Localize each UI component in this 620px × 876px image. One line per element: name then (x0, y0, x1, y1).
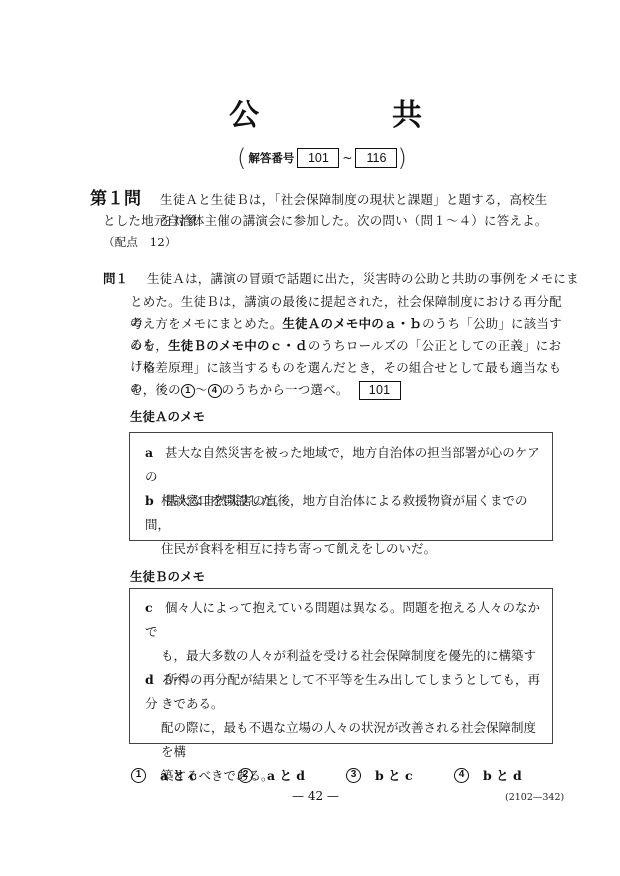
circled-number-4-icon: 4 (454, 768, 469, 783)
open-paren: ( (237, 144, 246, 172)
choice-text: b と d (483, 766, 522, 784)
sub-question-line-6: を，後の1～4のうちから一つ選べ。101 (130, 379, 570, 400)
memo-item-continuation: 住民が食料を相互に持ち寄って飢えをしのいだ。 (145, 537, 542, 561)
answer-range-end-box: 116 (355, 148, 397, 168)
sub-question-line-3-bold: 生徒Ａのメモ中のａ・ｂ (282, 316, 422, 331)
sub-question-line-3-head: 考え方をメモにまとめた。 (130, 316, 282, 331)
circled-number-3-icon: 3 (346, 768, 361, 783)
choice-1[interactable]: 1 a と c (131, 766, 197, 784)
choice-2[interactable]: 2 a と d (238, 766, 305, 784)
answer-choices: 1 a と c 2 a と d 3 b と c 4 b と d (131, 766, 551, 786)
question-number: 第１問 (90, 188, 141, 210)
memo-item-b: b甚大な自然災害の直後，地方自治体による救援物資が届くまでの間， 住民が食料を相… (145, 489, 542, 561)
choice-3[interactable]: 3 b と c (346, 766, 413, 784)
circled-number-1-icon: 1 (131, 768, 146, 783)
memo-b-title: 生徒Ｂのメモ (130, 567, 205, 585)
page-title-right-char: 共 (392, 98, 422, 134)
answer-box-101: 101 (359, 381, 401, 400)
choice-text: a と d (267, 766, 305, 784)
memo-item-first-line: 個々人によって抱えている問題は異なる。問題を抱える人々のなかで (145, 600, 540, 639)
page-code: (2102—342) (505, 792, 564, 803)
sub-question-label: 問１ (103, 268, 128, 289)
memo-item-label: c (145, 596, 165, 620)
memo-b-box: c個々人によって抱えている問題は異なる。問題を抱える人々のなかで も，最大多数の… (129, 588, 553, 744)
memo-item-first-line: 甚大な自然災害の直後，地方自治体による救援物資が届くまでの間， (145, 493, 528, 532)
memo-item-label: b (145, 489, 165, 513)
sub-question-line-4-bold: 生徒Ｂのメモ中のｃ・ｄ (168, 338, 308, 353)
sub-question-line-4-head: のを， (130, 338, 168, 353)
sub-question-line-6-head: を，後の (130, 382, 181, 397)
sub-question-line-6-tail: のうちから一つ選べ。 (222, 382, 349, 397)
sub-question-line-1: 生徒Ａは，講演の冒頭で話題に出た，災害時の公助と共助の事例をメモにま (147, 268, 579, 289)
memo-item-label: a (145, 441, 165, 465)
choice-4[interactable]: 4 b と d (454, 766, 522, 784)
memo-item-first-line: 所得の再分配が結果として不平等を生み出してしまうとしても，再分 (145, 672, 540, 711)
answer-range-start-box: 101 (297, 148, 339, 168)
memo-a-box: a甚大な自然災害を被った地域で，地方自治体の担当部署が心のケアの 相談窓口を開設… (129, 432, 553, 541)
answer-range-label: 解答番号 (248, 150, 294, 166)
circled-number-4-icon: 4 (208, 384, 222, 398)
answer-range-separator: ~ (342, 151, 352, 165)
memo-item-label: d (145, 668, 165, 692)
page-title-left-char: 公 (229, 98, 259, 134)
choice-text: b と c (375, 766, 413, 784)
circled-number-1-icon: 1 (181, 384, 195, 398)
answer-range: ( 解答番号 101 ~ 116 ) (237, 144, 407, 172)
question-intro-line-2: とした地元自治体主催の講演会に参加した。次の問い（問１～４）に答えよ。 (103, 210, 563, 231)
close-paren: ) (397, 144, 406, 172)
choice-text: a と c (160, 766, 197, 784)
memo-item-first-line: 甚大な自然災害を被った地域で，地方自治体の担当部署が心のケアの (145, 445, 540, 484)
sub-question-line-6-mid: ～ (195, 382, 208, 397)
circled-number-2-icon: 2 (238, 768, 253, 783)
memo-a-title: 生徒Ａのメモ (130, 407, 205, 425)
question-points: （配点 12） (103, 232, 177, 253)
page-number: — 42 — (292, 789, 339, 803)
memo-item-continuation: 配の際に，最も不遇な立場の人々の状況が改善される社会保障制度を構 (145, 716, 542, 764)
